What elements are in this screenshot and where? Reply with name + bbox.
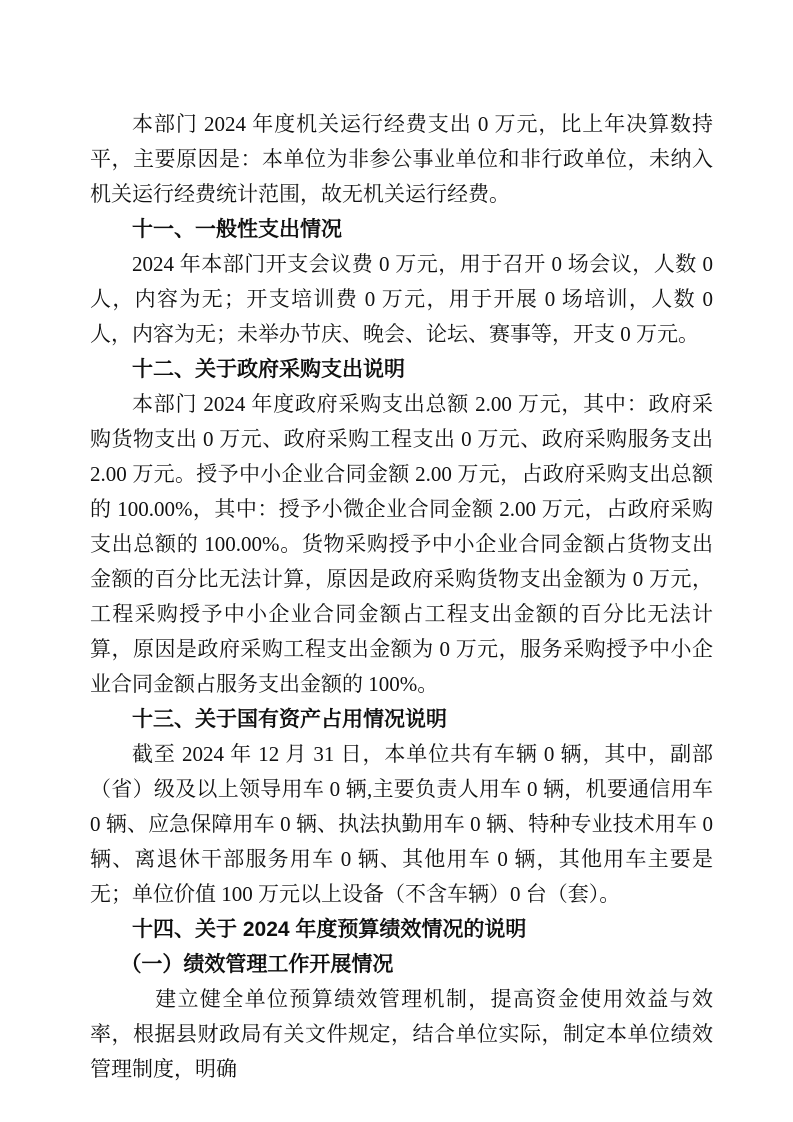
paragraph: 截至 2024 年 12 月 31 日，本单位共有车辆 0 辆，其中，副部（省）…: [90, 737, 713, 912]
section-subheading: （一）绩效管理工作开展情况: [90, 947, 713, 982]
paragraph: 本部门 2024 年度机关运行经费支出 0 万元，比上年决算数持平，主要原因是：…: [90, 107, 713, 212]
section-heading: 十一、一般性支出情况: [90, 212, 713, 247]
paragraph: 建立健全单位预算绩效管理机制，提高资金使用效益与效率，根据县财政局有关文件规定，…: [90, 982, 713, 1087]
paragraph: 本部门 2024 年度政府采购支出总额 2.00 万元，其中：政府采购货物支出 …: [90, 387, 713, 702]
section-heading: 十二、关于政府采购支出说明: [90, 352, 713, 387]
document-page: 本部门 2024 年度机关运行经费支出 0 万元，比上年决算数持平，主要原因是：…: [0, 0, 793, 1122]
section-heading: 十四、关于 2024 年度预算绩效情况的说明: [90, 912, 713, 947]
document-content: 本部门 2024 年度机关运行经费支出 0 万元，比上年决算数持平，主要原因是：…: [90, 107, 713, 1087]
paragraph: 2024 年本部门开支会议费 0 万元，用于召开 0 场会议，人数 0 人，内容…: [90, 247, 713, 352]
section-heading: 十三、关于国有资产占用情况说明: [90, 702, 713, 737]
